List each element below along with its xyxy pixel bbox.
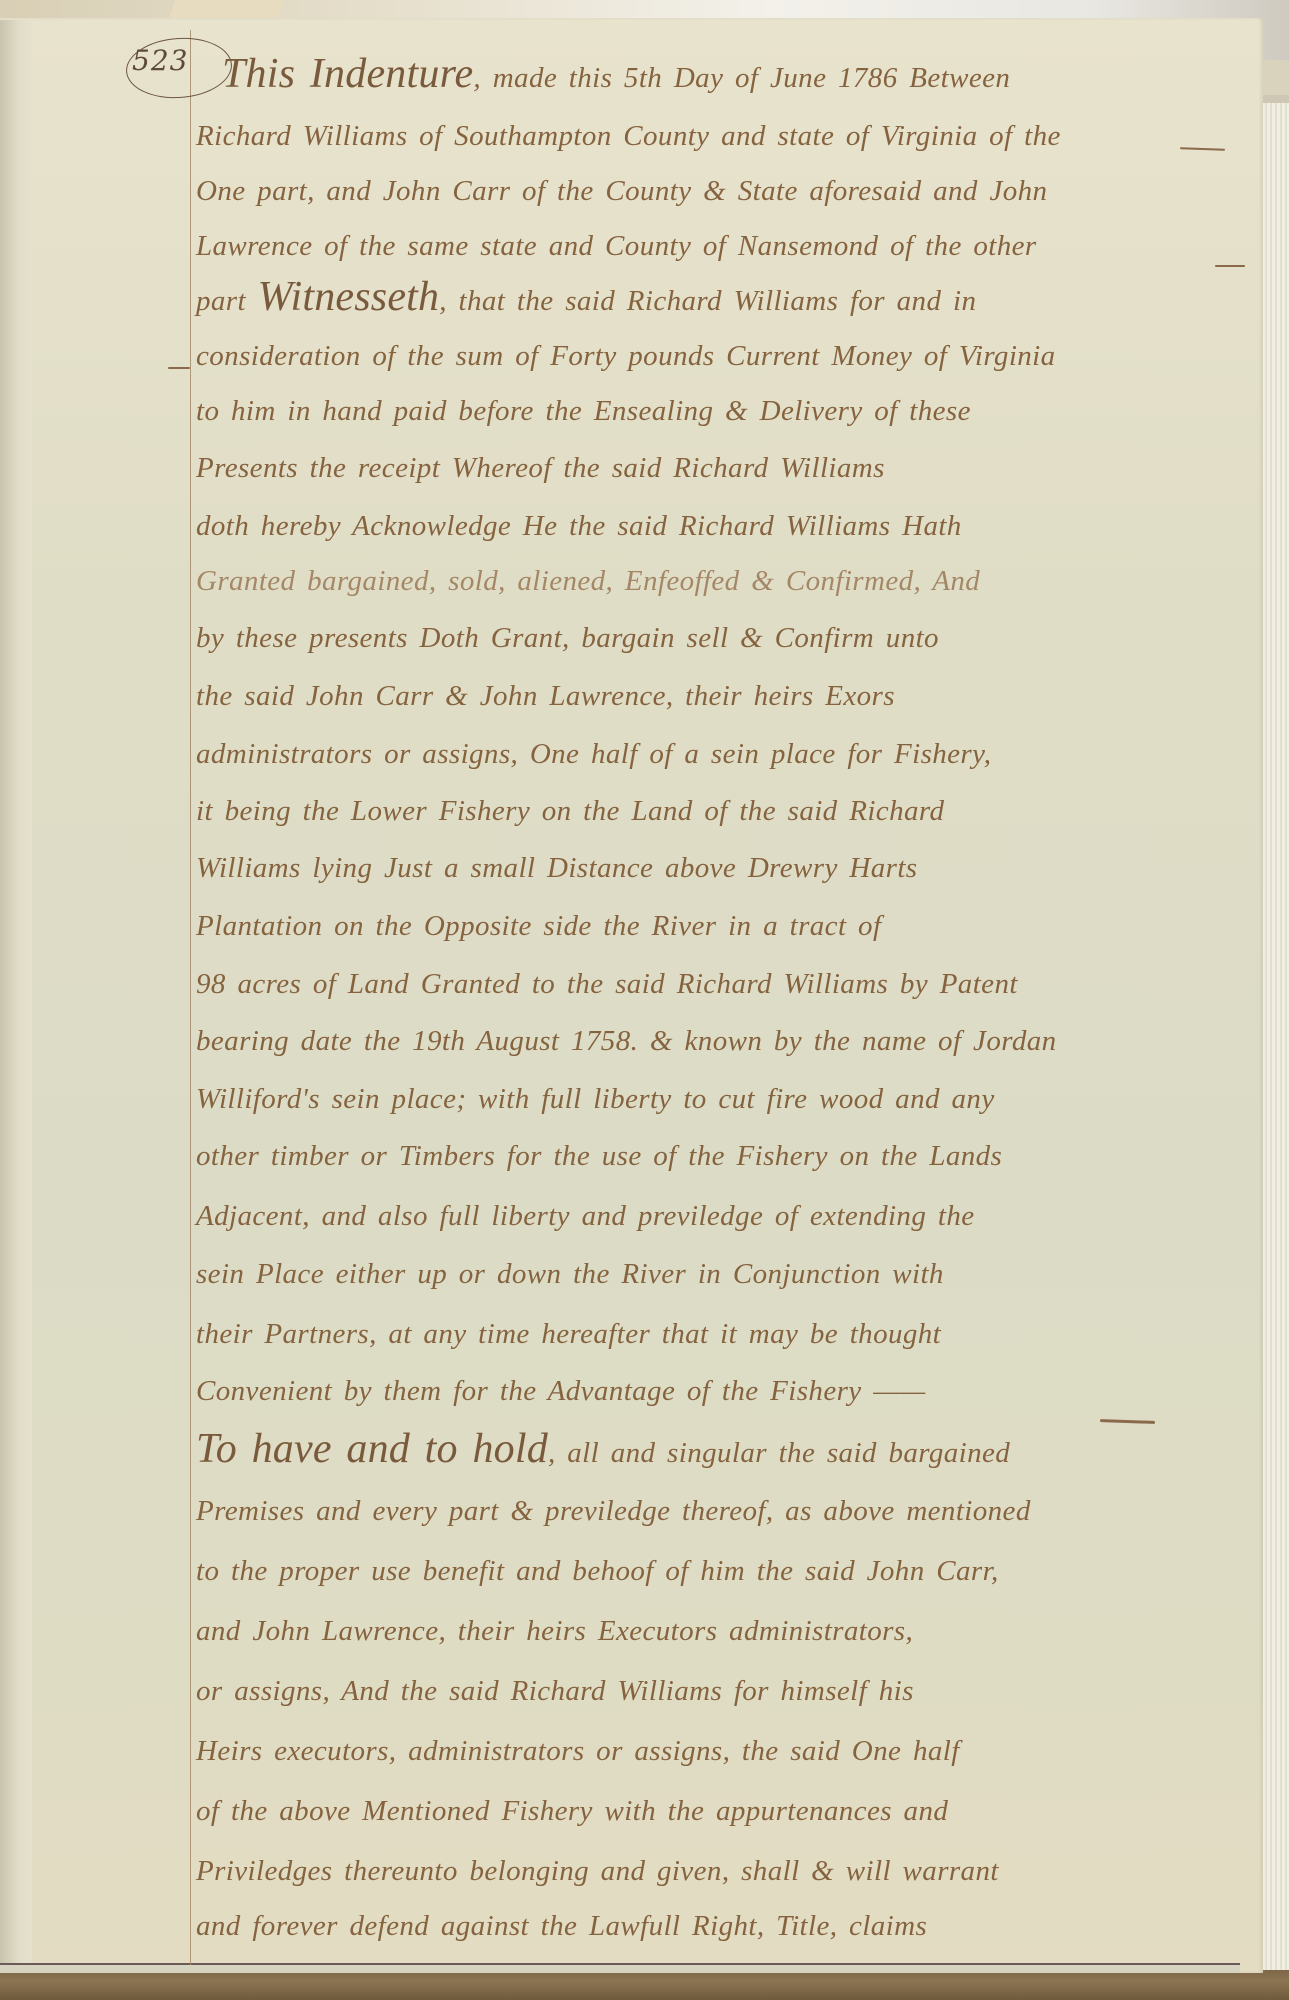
- line-text: bearing date the 19th August 1758. & kno…: [196, 1025, 1057, 1057]
- deed-line-4: Lawrence of the same state and County of…: [196, 230, 1226, 263]
- deed-line-28: and John Lawrence, their heirs Executors…: [196, 1615, 1226, 1648]
- pen-flourish: [1215, 265, 1245, 267]
- deed-line-32: Priviledges thereunto belonging and give…: [196, 1855, 1226, 1888]
- heading-witnesseth: Witnesseth: [258, 274, 440, 320]
- line-text: sein Place either up or down the River i…: [196, 1258, 944, 1290]
- line-text: and John Lawrence, their heirs Executors…: [196, 1615, 913, 1647]
- deed-line-10: Granted bargained, sold, aliened, Enfeof…: [196, 565, 1226, 598]
- heading-to-have-and-to-hold: To have and to hold: [196, 1426, 548, 1472]
- deed-line-16: Plantation on the Opposite side the Rive…: [196, 910, 1226, 943]
- line-filler-dash: [1100, 1419, 1155, 1424]
- deed-line-14: it being the Lower Fishery on the Land o…: [196, 795, 1226, 828]
- deed-line-29: or assigns, And the said Richard William…: [196, 1675, 1226, 1708]
- deed-line-2: Richard Williams of Southampton County a…: [196, 120, 1226, 153]
- line-text: of the above Mentioned Fishery with the …: [196, 1795, 948, 1827]
- deed-line-11: by these presents Doth Grant, bargain se…: [196, 622, 1226, 655]
- deed-line-22: sein Place either up or down the River i…: [196, 1258, 1226, 1291]
- deed-line-5: part Witnesseth, that the said Richard W…: [196, 273, 1226, 321]
- line-text: , that the said Richard Williams for and…: [439, 285, 976, 317]
- deed-line-26: Premises and every part & previledge the…: [196, 1495, 1226, 1528]
- line-text: Williford's sein place; with full libert…: [196, 1083, 995, 1115]
- deed-line-9: doth hereby Acknowledge He the said Rich…: [196, 510, 1226, 543]
- deed-line-20: other timber or Timbers for the use of t…: [196, 1140, 1226, 1173]
- deed-line-8: Presents the receipt Whereof the said Ri…: [196, 452, 1226, 485]
- line-text: administrators or assigns, One half of a…: [196, 738, 991, 770]
- heading-this-indenture: This Indenture: [222, 51, 473, 97]
- deed-line-25: To have and to hold, all and singular th…: [196, 1425, 1226, 1473]
- line-text: part: [196, 285, 258, 317]
- deed-line-27: to the proper use benefit and behoof of …: [196, 1555, 1226, 1588]
- deed-line-24: Convenient by them for the Advantage of …: [196, 1375, 1226, 1408]
- deed-line-12: the said John Carr & John Lawrence, thei…: [196, 680, 1226, 713]
- deed-line-3: One part, and John Carr of the County & …: [196, 175, 1226, 208]
- deed-line-33: and forever defend against the Lawfull R…: [196, 1910, 1226, 1943]
- line-text: 98 acres of Land Granted to the said Ric…: [196, 968, 1018, 1000]
- line-text: to the proper use benefit and behoof of …: [196, 1555, 999, 1587]
- line-text: , made this 5th Day of June 1786 Between: [473, 62, 1010, 94]
- deed-line-7: to him in hand paid before the Ensealing…: [196, 395, 1226, 428]
- line-text: , all and singular the said bargained: [548, 1437, 1010, 1469]
- deed-text-body: This Indenture, made this 5th Day of Jun…: [0, 0, 1289, 2000]
- line-text: consideration of the sum of Forty pounds…: [196, 340, 1056, 372]
- line-text: Convenient by them for the Advantage of …: [196, 1375, 926, 1407]
- line-text: Richard Williams of Southampton County a…: [196, 120, 1061, 152]
- deed-line-17: 98 acres of Land Granted to the said Ric…: [196, 968, 1226, 1001]
- line-text: doth hereby Acknowledge He the said Rich…: [196, 510, 962, 542]
- line-text: Granted bargained, sold, aliened, Enfeof…: [196, 565, 980, 597]
- deed-line-21: Adjacent, and also full liberty and prev…: [196, 1200, 1226, 1233]
- line-text: Adjacent, and also full liberty and prev…: [196, 1200, 975, 1232]
- line-text: the said John Carr & John Lawrence, thei…: [196, 680, 895, 712]
- line-text: Plantation on the Opposite side the Rive…: [196, 910, 881, 942]
- deed-line-31: of the above Mentioned Fishery with the …: [196, 1795, 1226, 1828]
- line-text: it being the Lower Fishery on the Land o…: [196, 795, 944, 827]
- deed-line-19: Williford's sein place; with full libert…: [196, 1083, 1226, 1116]
- line-text: and forever defend against the Lawfull R…: [196, 1910, 927, 1942]
- line-text: Williams lying Just a small Distance abo…: [196, 852, 917, 884]
- line-text: Presents the receipt Whereof the said Ri…: [196, 452, 885, 484]
- line-text: by these presents Doth Grant, bargain se…: [196, 622, 939, 654]
- deed-line-30: Heirs executors, administrators or assig…: [196, 1735, 1226, 1768]
- margin-dash: [168, 367, 190, 369]
- line-text: Lawrence of the same state and County of…: [196, 230, 1037, 262]
- line-text: their Partners, at any time hereafter th…: [196, 1318, 941, 1350]
- line-text: to him in hand paid before the Ensealing…: [196, 395, 971, 427]
- line-text: Priviledges thereunto belonging and give…: [196, 1855, 999, 1887]
- deed-line-18: bearing date the 19th August 1758. & kno…: [196, 1025, 1226, 1058]
- line-text: One part, and John Carr of the County & …: [196, 175, 1047, 207]
- line-text: Heirs executors, administrators or assig…: [196, 1735, 960, 1767]
- deed-line-6: consideration of the sum of Forty pounds…: [196, 340, 1226, 373]
- line-text: other timber or Timbers for the use of t…: [196, 1140, 1002, 1172]
- deed-line-15: Williams lying Just a small Distance abo…: [196, 852, 1226, 885]
- deed-line-23: their Partners, at any time hereafter th…: [196, 1318, 1226, 1351]
- line-text: Premises and every part & previledge the…: [196, 1495, 1031, 1527]
- deed-line-13: administrators or assigns, One half of a…: [196, 738, 1226, 771]
- deed-line-1: This Indenture, made this 5th Day of Jun…: [222, 50, 1252, 98]
- line-text: or assigns, And the said Richard William…: [196, 1675, 914, 1707]
